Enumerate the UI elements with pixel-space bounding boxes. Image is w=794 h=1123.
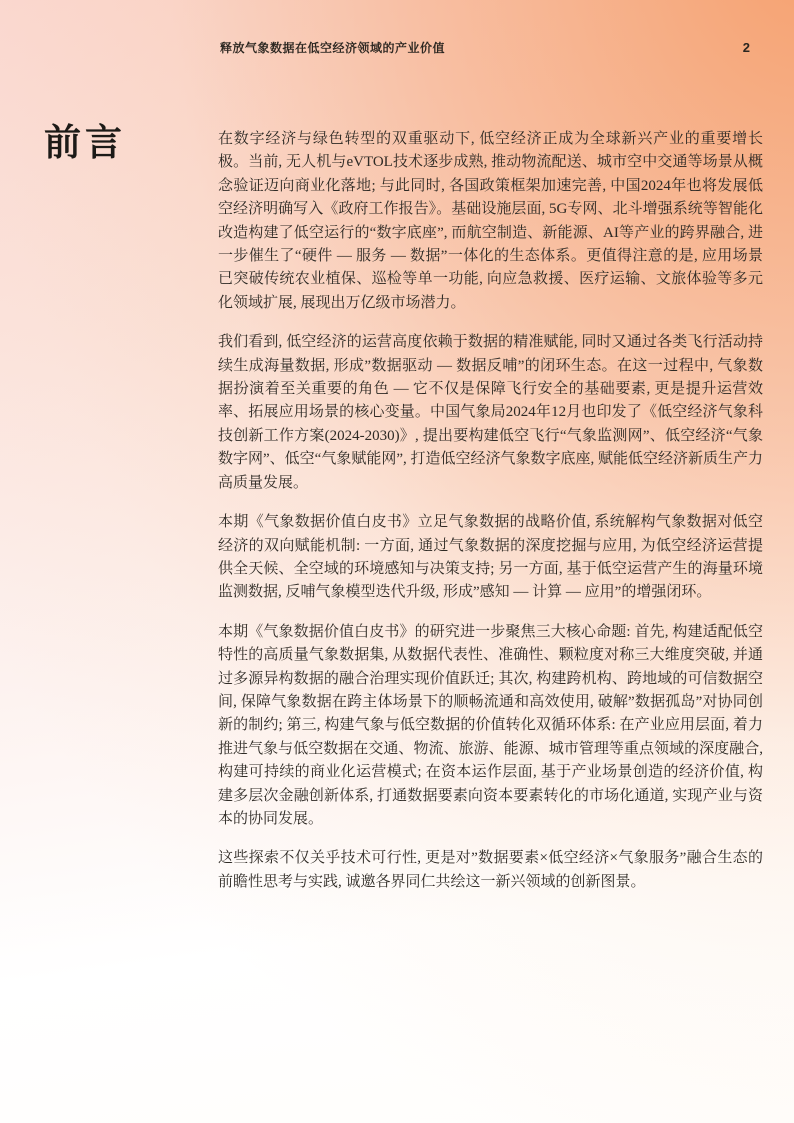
page-header: 释放气象数据在低空经济领域的产业价值 2 [220,39,750,56]
paragraph-1: 在数字经济与绿色转型的双重驱动下, 低空经济正成为全球新兴产业的重要增长极。当前… [218,128,763,315]
paragraph-3: 本期《气象数据价值白皮书》立足气象数据的战略价值, 系统解构气象数据对低空经济的… [218,511,763,605]
document-page: 释放气象数据在低空经济领域的产业价值 2 前言 在数字经济与绿色转型的双重驱动下… [0,0,794,1123]
paragraph-2: 我们看到, 低空经济的运营高度依赖于数据的精准赋能, 同时又通过各类飞行活动持续… [218,331,763,495]
page-number: 2 [743,40,750,55]
section-title: 前言 [44,112,126,166]
body-text-column: 在数字经济与绿色转型的双重驱动下, 低空经济正成为全球新兴产业的重要增长极。当前… [218,128,763,910]
paragraph-5: 这些探索不仅关乎技术可行性, 更是对”数据要素×低空经济×气象服务”融合生态的前… [218,847,763,894]
running-header-title: 释放气象数据在低空经济领域的产业价值 [220,39,445,56]
paragraph-4: 本期《气象数据价值白皮书》的研究进一步聚焦三大核心命题: 首先, 构建适配低空特… [218,621,763,832]
